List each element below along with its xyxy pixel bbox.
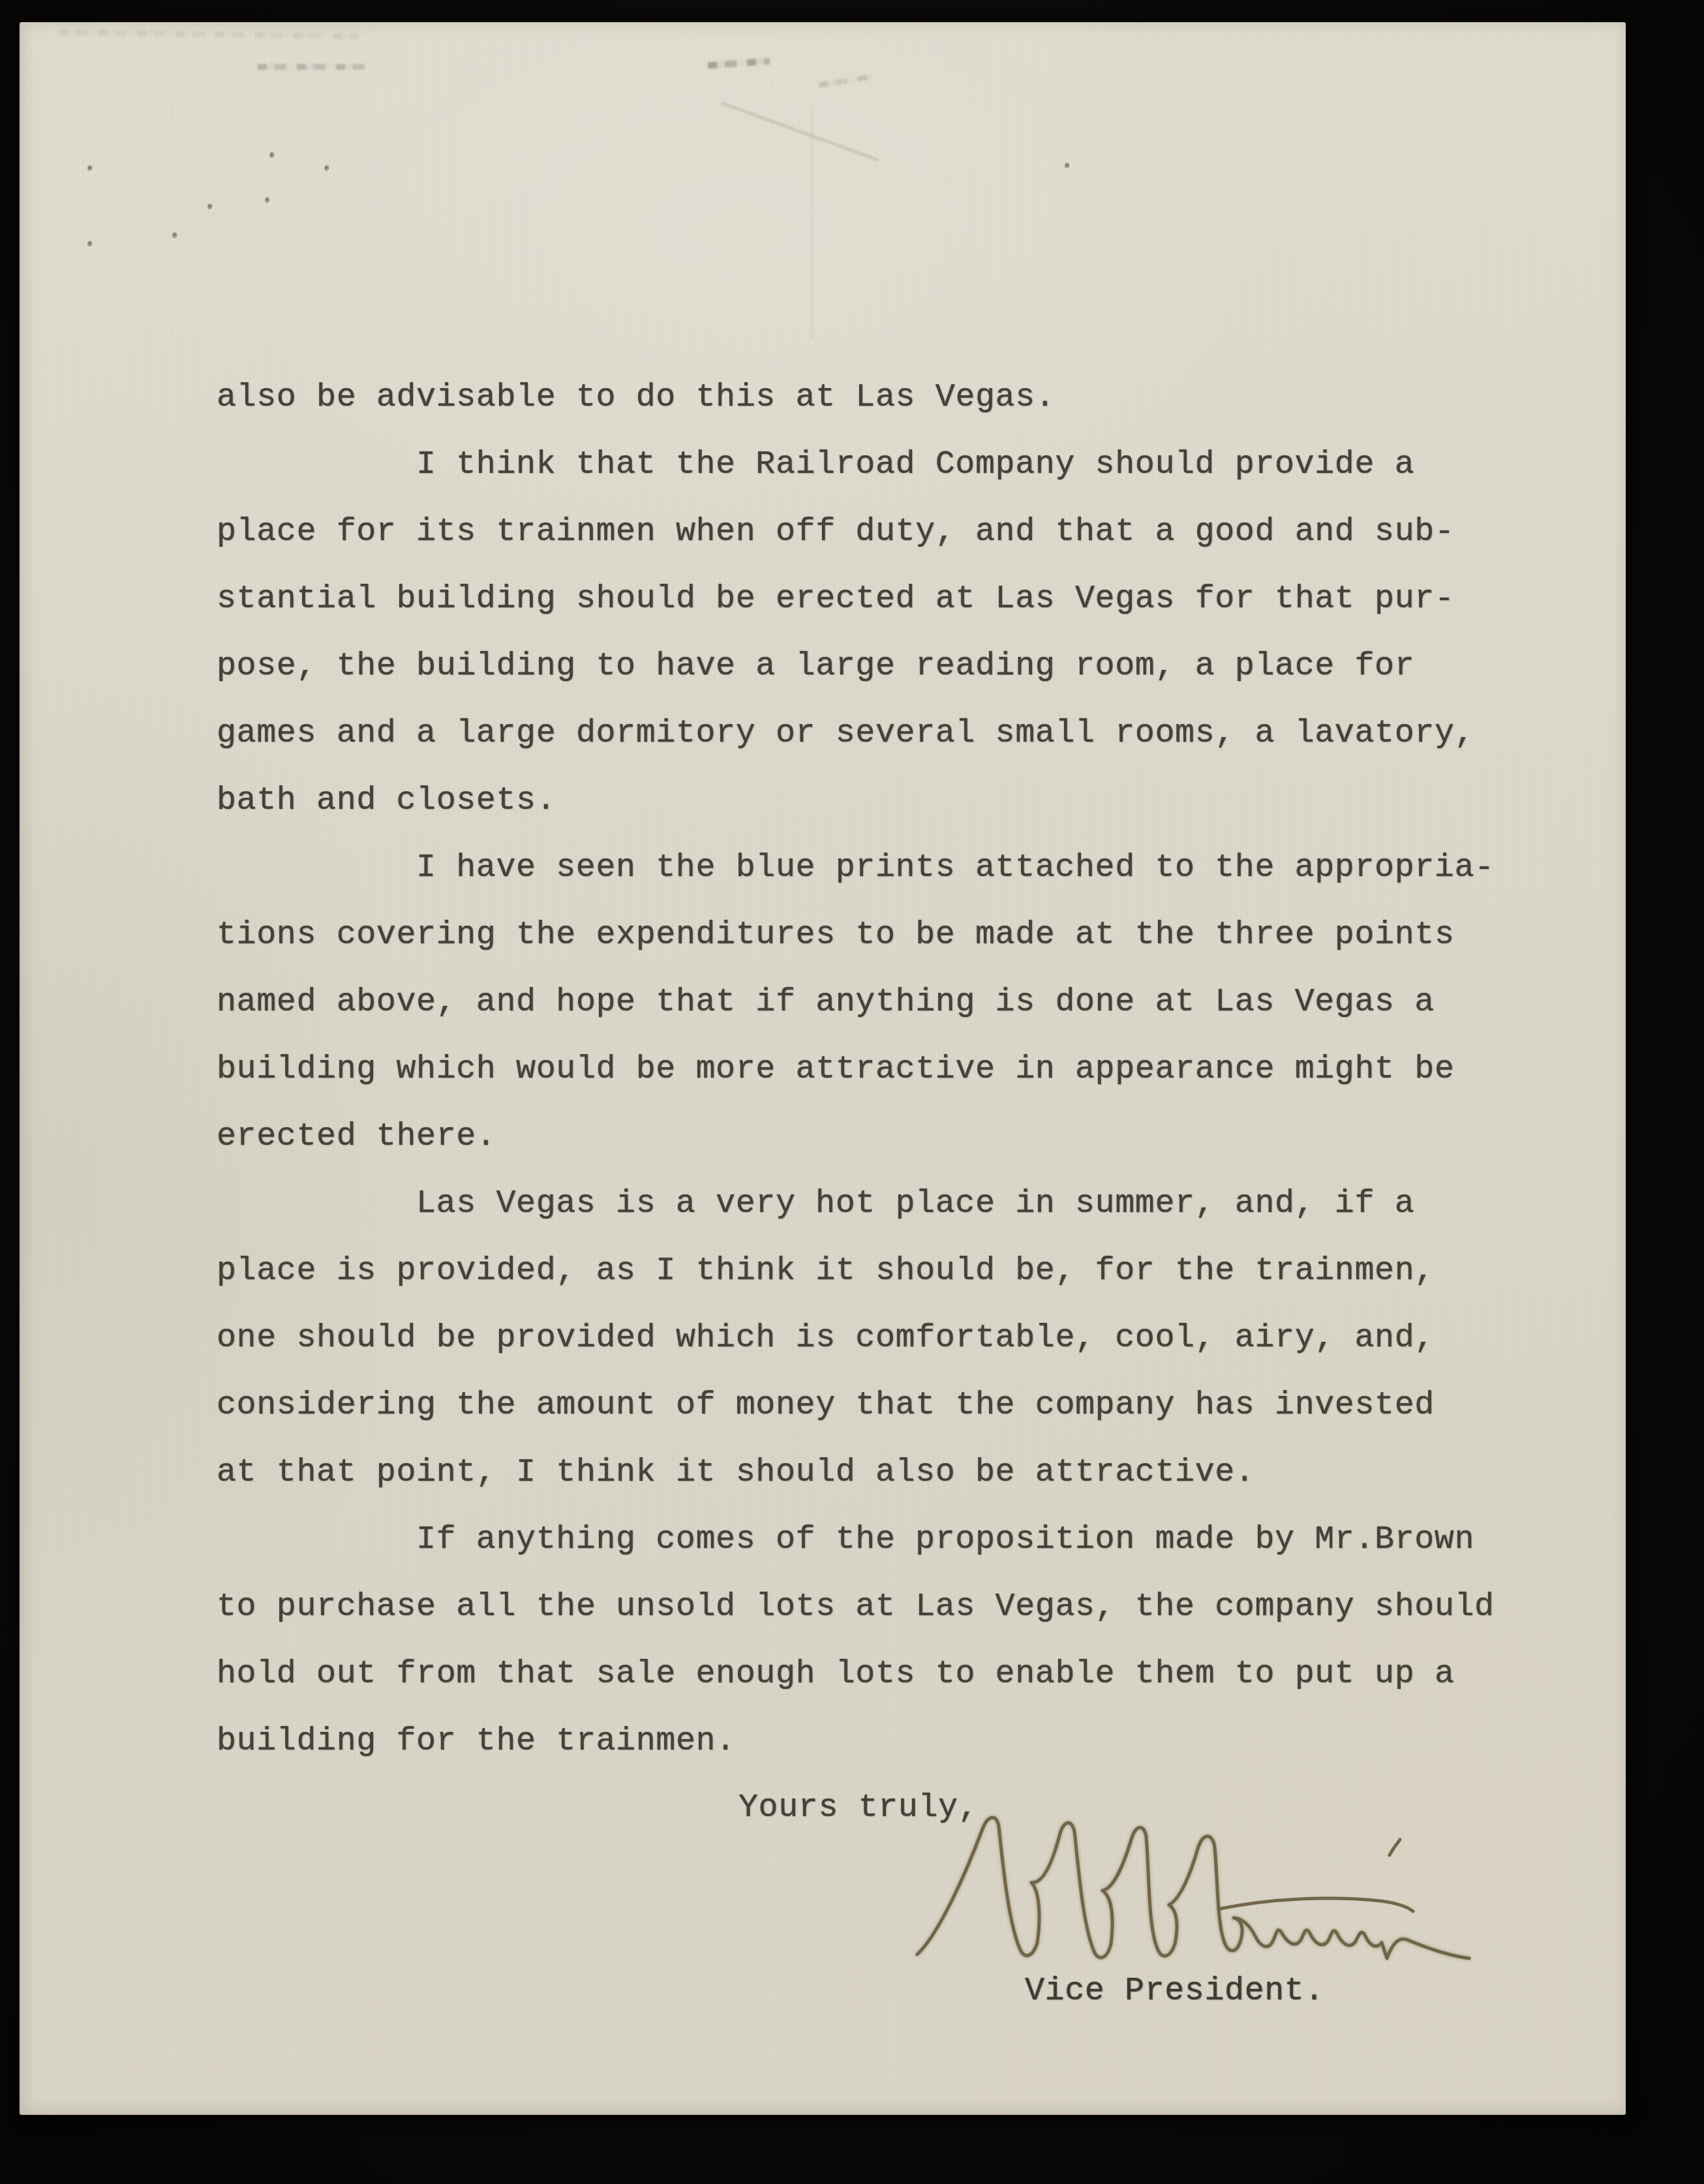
letter-line: pose, the building to have a large readi… [217, 647, 1414, 694]
letter-line: place for its trainmen when off duty, an… [217, 513, 1455, 560]
scan-background: also be advisable to do this at Las Vega… [0, 0, 1704, 2184]
letter-line: bath and closets. [217, 781, 556, 828]
letter-line: considering the amount of money that the… [217, 1386, 1435, 1433]
letter-line: one should be provided which is comforta… [217, 1319, 1435, 1366]
letter-line: erected there. [217, 1117, 496, 1164]
letter-line: building for the trainmen. [217, 1722, 736, 1769]
letter-line: place is provided, as I think it should … [217, 1252, 1435, 1299]
letter-line: at that point, I think it should also be… [217, 1453, 1255, 1500]
letter-line: If anything comes of the proposition mad… [416, 1521, 1474, 1568]
letter-line: tions covering the expenditures to be ma… [217, 916, 1455, 963]
letter-line: I have seen the blue prints attached to … [416, 849, 1495, 896]
letter-line: games and a large dormitory or several s… [217, 714, 1474, 761]
letter-body: also be advisable to do this at Las Vega… [20, 22, 1626, 2115]
letter-line: Las Vegas is a very hot place in summer,… [416, 1185, 1414, 1232]
letter-line: to purchase all the unsold lots at Las V… [217, 1588, 1495, 1635]
letter-line: stantial building should be erected at L… [217, 580, 1455, 627]
letter-line: building which would be more attractive … [217, 1050, 1455, 1097]
signature-title: Vice President. [1025, 1973, 1324, 2010]
signature [913, 1806, 1474, 1969]
letter-line: named above, and hope that if anything i… [217, 983, 1435, 1030]
letter-line: also be advisable to do this at Las Vega… [217, 378, 1055, 425]
letter-page: also be advisable to do this at Las Vega… [20, 22, 1626, 2115]
letter-line: hold out from that sale enough lots to e… [217, 1655, 1455, 1702]
letter-line: I think that the Railroad Company should… [416, 446, 1414, 493]
